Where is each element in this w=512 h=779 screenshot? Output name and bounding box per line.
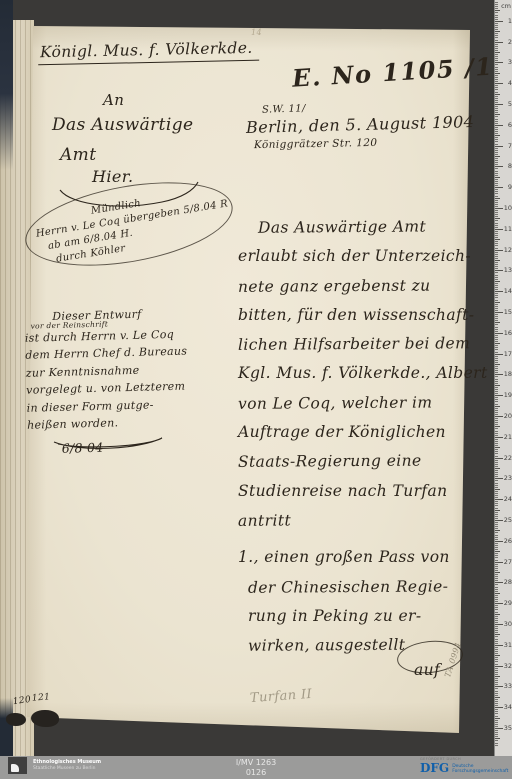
- ruler-tick: [495, 664, 498, 665]
- ruler-tick: [495, 210, 498, 211]
- ruler-tick: [495, 198, 500, 199]
- ruler-tick: [495, 277, 498, 278]
- ruler-tick: [495, 119, 498, 120]
- ruler-tick: [495, 520, 503, 521]
- ruler-tick: [495, 279, 498, 280]
- ruler-tick: [495, 680, 498, 681]
- ruler-number: 7: [508, 142, 512, 150]
- book-binding-top: [0, 0, 13, 170]
- ruler-number: 8: [508, 162, 512, 170]
- ruler-tick: [495, 522, 498, 523]
- ruler-tick: [495, 69, 498, 70]
- ruler-tick: [495, 580, 498, 581]
- ruler-tick: [495, 524, 498, 525]
- ruler-tick: [495, 449, 498, 450]
- ruler-tick: [495, 60, 498, 61]
- ruler-tick: [495, 212, 498, 213]
- ruler-tick: [495, 318, 498, 319]
- ruler-tick: [495, 645, 503, 646]
- ruler-tick: [495, 314, 498, 315]
- ruler-tick: [495, 587, 498, 588]
- ruler-number: 28: [504, 578, 512, 586]
- inventory-block: I/MV 1263 0126: [236, 758, 276, 778]
- museum-logo: [8, 757, 27, 774]
- ruler-tick: [495, 426, 500, 427]
- body-line: Studienreise nach Turfan: [238, 477, 478, 506]
- ruler-tick: [495, 564, 498, 565]
- ruler-tick: [495, 266, 498, 267]
- ruler-tick: [495, 154, 498, 155]
- ruler-tick: [495, 245, 498, 246]
- ruler-tick: [495, 104, 503, 105]
- museum-name-line2: Staatliche Museen zu Berlin: [33, 766, 101, 773]
- ruler-tick: [495, 218, 500, 219]
- ruler-tick: [495, 428, 498, 429]
- ruler-tick: [495, 233, 498, 234]
- ruler-tick: [495, 487, 498, 488]
- ruler-tick: [495, 160, 498, 161]
- ruler-tick: [495, 383, 498, 384]
- ruler-tick: [495, 399, 498, 400]
- ruler-tick: [495, 420, 498, 421]
- pencil-folio-number: 14: [251, 29, 262, 38]
- ruler-number: 10: [504, 204, 512, 212]
- ruler-tick: [495, 682, 498, 683]
- ruler-tick: [495, 77, 498, 78]
- ruler-number: 6: [508, 121, 512, 129]
- body-line: erlaubt sich der Unterzeich-: [238, 242, 478, 271]
- ruler-tick: [495, 64, 498, 65]
- ruler-tick: [495, 570, 498, 571]
- ruler-number: 9: [508, 183, 512, 191]
- ruler-tick: [495, 216, 498, 217]
- ruler-tick: [495, 435, 498, 436]
- ruler-tick: [495, 87, 498, 88]
- ruler-tick: [495, 628, 498, 629]
- ruler-tick: [495, 597, 498, 598]
- ruler-tick: [495, 129, 498, 130]
- ruler-tick: [495, 431, 498, 432]
- ruler-tick: [495, 4, 498, 5]
- ruler-tick: [495, 416, 503, 417]
- ruler-tick: [495, 566, 498, 567]
- ruler-tick: [495, 345, 498, 346]
- ruler-tick: [495, 177, 500, 178]
- ruler-number: 14: [504, 287, 512, 295]
- ruler-tick: [495, 476, 498, 477]
- ruler-tick: [495, 672, 498, 673]
- ruler-tick: [495, 474, 498, 475]
- ruler-tick: [495, 553, 498, 554]
- ruler-tick: [495, 535, 498, 536]
- ruler-tick: [495, 17, 498, 18]
- ruler-tick: [495, 560, 498, 561]
- ruler-tick: [495, 655, 500, 656]
- book-binding-bottom: [0, 698, 13, 756]
- ruler-tick: [495, 659, 498, 660]
- ruler-tick: [495, 676, 500, 677]
- ruler-tick: [495, 493, 498, 494]
- ruler-tick: [495, 193, 498, 194]
- ruler-tick: [495, 376, 498, 377]
- ruler-tick: [495, 547, 498, 548]
- ruler-tick: [495, 701, 498, 702]
- ruler-tick: [495, 162, 498, 163]
- ruler-tick: [495, 225, 498, 226]
- ruler-tick: [495, 603, 503, 604]
- ruler-tick: [495, 223, 498, 224]
- ruler-tick: [495, 56, 498, 57]
- ruler-tick: [495, 42, 503, 43]
- ruler-tick: [495, 19, 498, 20]
- ruler-tick: [495, 204, 498, 205]
- ruler-tick: [495, 643, 498, 644]
- ruler-tick: [495, 636, 498, 637]
- ruler-tick: [495, 362, 498, 363]
- ruler-number: 3: [508, 58, 512, 66]
- ruler-tick: [495, 505, 498, 506]
- ruler-tick: [495, 196, 498, 197]
- ruler-tick: [495, 622, 498, 623]
- ruler-tick: [495, 526, 498, 527]
- ruler-tick: [495, 310, 498, 311]
- ruler-tick: [495, 653, 498, 654]
- ruler-tick: [495, 144, 498, 145]
- ruler-tick: [495, 287, 498, 288]
- ruler-tick: [495, 23, 498, 24]
- ruler-number: 16: [504, 329, 512, 337]
- ruler-tick: [495, 33, 498, 34]
- ruler-tick: [495, 71, 498, 72]
- ruler-number: 22: [504, 454, 512, 462]
- ruler-unit-label: cm: [501, 2, 511, 10]
- ruler-tick: [495, 657, 498, 658]
- ruler-tick: [495, 387, 498, 388]
- postal-district: S.W. 11/: [262, 103, 306, 116]
- ruler-tick: [495, 697, 500, 698]
- ruler-tick: [495, 422, 498, 423]
- ruler-number: 32: [504, 662, 512, 670]
- body-line: Staats-Regierung eine: [238, 447, 478, 478]
- ruler-tick: [495, 110, 498, 111]
- ruler-tick: [495, 46, 498, 47]
- ruler-tick: [495, 237, 498, 238]
- ruler-tick: [495, 6, 498, 7]
- ruler-tick: [495, 397, 498, 398]
- ruler-tick: [495, 297, 498, 298]
- ruler-tick: [495, 666, 503, 667]
- ruler-tick: [495, 724, 498, 725]
- ruler-tick: [495, 283, 498, 284]
- ruler-tick: [495, 512, 498, 513]
- folio-number-right: 121: [32, 693, 51, 704]
- ruler-tick: [495, 324, 498, 325]
- ruler-number: 21: [504, 433, 512, 441]
- ruler-tick: [495, 537, 498, 538]
- ruler-tick: [495, 25, 498, 26]
- ruler-tick: [495, 189, 498, 190]
- ruler-tick: [495, 2, 498, 3]
- ruler-tick: [495, 229, 503, 230]
- ruler-tick: [495, 738, 500, 739]
- ruler-tick: [495, 626, 498, 627]
- ruler-tick: [495, 528, 498, 529]
- ruler-tick: [495, 52, 500, 53]
- ruler-tick: [495, 92, 498, 93]
- ruler-tick: [495, 485, 498, 486]
- ruler-tick: [495, 141, 498, 142]
- ruler-tick: [495, 593, 500, 594]
- ruler-tick: [495, 135, 500, 136]
- ruler-tick: [495, 630, 498, 631]
- body-line: bitten, für den wissenschaft-: [238, 301, 478, 330]
- ruler-tick: [495, 601, 498, 602]
- ruler-number: 26: [504, 537, 512, 545]
- ruler-number: 25: [504, 516, 512, 524]
- ruler-tick: [495, 293, 498, 294]
- ruler-tick: [495, 745, 498, 746]
- ruler-tick: [495, 29, 498, 30]
- ruler-number: 1: [508, 17, 512, 25]
- ruler-tick: [495, 50, 498, 51]
- ruler-tick: [495, 10, 500, 11]
- ruler-number: 15: [504, 308, 512, 316]
- ruler-tick: [495, 433, 498, 434]
- ruler-tick: [495, 609, 498, 610]
- ruler-tick: [495, 734, 498, 735]
- letter-body: Das Auswärtige Amterlaubt sich der Unter…: [238, 213, 478, 686]
- ruler-tick: [495, 472, 498, 473]
- ruler-tick: [495, 137, 498, 138]
- ruler-tick: [495, 491, 498, 492]
- museum-name-line1: Ethnologisches Museum: [33, 759, 101, 766]
- ruler-tick: [495, 728, 503, 729]
- ruler-tick: [495, 576, 498, 577]
- ruler-tick: [495, 173, 498, 174]
- ruler-tick: [495, 106, 498, 107]
- ruler-number: 12: [504, 246, 512, 254]
- ruler-tick: [495, 497, 498, 498]
- ruler-tick: [495, 40, 498, 41]
- ruler-tick: [495, 206, 498, 207]
- body-line: lichen Hilfsarbeiter bei dem: [238, 329, 478, 360]
- ruler-tick: [495, 584, 498, 585]
- body-line: 1., einen großen Pass von: [238, 543, 478, 572]
- ruler-tick: [495, 624, 503, 625]
- ruler-tick: [495, 316, 498, 317]
- ruler-tick: [495, 356, 498, 357]
- ruler-tick: [495, 466, 498, 467]
- ruler-tick: [495, 181, 498, 182]
- ruler-tick: [495, 711, 498, 712]
- ruler-tick: [495, 264, 498, 265]
- ruler-tick: [495, 58, 498, 59]
- ruler-tick: [495, 478, 503, 479]
- ruler-tick: [495, 445, 498, 446]
- ruler-tick: [495, 96, 498, 97]
- body-line: antritt: [238, 505, 478, 536]
- ruler-tick: [495, 227, 498, 228]
- ruler-tick: [495, 480, 498, 481]
- ruler-tick: [495, 347, 498, 348]
- ruler-tick: [495, 736, 498, 737]
- ruler-tick: [495, 98, 498, 99]
- ruler-tick: [495, 406, 500, 407]
- ruler-tick: [495, 331, 498, 332]
- ruler-tick: [495, 15, 498, 16]
- ruler-tick: [495, 530, 500, 531]
- ruler-tick: [495, 743, 498, 744]
- ruler-number: 11: [504, 225, 512, 233]
- ruler-tick: [495, 391, 498, 392]
- ruler-tick: [495, 470, 498, 471]
- ruler-tick: [495, 358, 498, 359]
- ruler-tick: [495, 691, 498, 692]
- ruler-tick: [495, 618, 498, 619]
- ruler-tick: [495, 268, 498, 269]
- ruler-tick: [495, 379, 498, 380]
- ruler-tick: [495, 634, 500, 635]
- ruler-tick: [495, 81, 498, 82]
- ruler-number: 35: [504, 724, 512, 732]
- ruler-tick: [495, 133, 498, 134]
- binding-clip: [6, 713, 26, 726]
- ruler-tick: [495, 418, 498, 419]
- ruler-tick: [495, 503, 498, 504]
- ruler-tick: [495, 231, 498, 232]
- ruler-tick: [495, 408, 498, 409]
- ruler-tick: [495, 12, 498, 13]
- ruler-tick: [495, 508, 498, 509]
- ruler-tick: [495, 335, 498, 336]
- ruler-tick: [495, 483, 498, 484]
- ruler-tick: [495, 275, 498, 276]
- image-number: 0126: [236, 768, 276, 778]
- ruler-tick: [495, 651, 498, 652]
- ruler-tick: [495, 89, 498, 90]
- ruler-tick: [495, 607, 498, 608]
- ruler-tick: [495, 678, 498, 679]
- ruler-tick: [495, 8, 498, 9]
- ruler-tick: [495, 705, 498, 706]
- ruler-tick: [495, 220, 498, 221]
- ruler-number: 4: [508, 79, 512, 87]
- ruler-tick: [495, 730, 498, 731]
- ruler-tick: [495, 250, 503, 251]
- ruler-tick: [495, 248, 498, 249]
- ruler-tick: [495, 364, 500, 365]
- ruler-tick: [495, 732, 498, 733]
- ruler-tick: [495, 202, 498, 203]
- ruler-number: 29: [504, 599, 512, 607]
- ruler-tick: [495, 302, 500, 303]
- ruler-tick: [495, 121, 498, 122]
- ruler-number: 17: [504, 350, 512, 358]
- ruler-tick: [495, 686, 503, 687]
- ruler-tick: [495, 139, 498, 140]
- ruler-number: 18: [504, 370, 512, 378]
- ruler-tick: [495, 243, 498, 244]
- ruler-number: 13: [504, 266, 512, 274]
- ruler-tick: [495, 589, 498, 590]
- ruler-tick: [495, 562, 503, 563]
- ruler-tick: [495, 393, 498, 394]
- ruler-number: 30: [504, 620, 512, 628]
- ruler-tick: [495, 568, 498, 569]
- flourish-underline-draft: [48, 432, 168, 454]
- ruler-tick: [495, 518, 498, 519]
- ruler-tick: [495, 108, 498, 109]
- ruler-tick: [495, 116, 498, 117]
- ruler-tick: [495, 641, 498, 642]
- ruler-tick: [495, 258, 498, 259]
- address-line: Königgrätzer Str. 120: [254, 138, 378, 152]
- ruler-tick: [495, 341, 498, 342]
- ruler-tick: [495, 709, 498, 710]
- ruler-tick: [495, 329, 498, 330]
- ruler-tick: [495, 639, 498, 640]
- ruler-tick: [495, 281, 500, 282]
- museum-name: Ethnologisches Museum Staatliche Museen …: [33, 759, 101, 772]
- ruler-tick: [495, 460, 498, 461]
- ruler-tick: [495, 35, 498, 36]
- ruler-tick: [495, 360, 498, 361]
- ruler-tick: [495, 208, 503, 209]
- ruler-tick: [495, 102, 498, 103]
- ruler-tick: [495, 510, 500, 511]
- recipient-name-2: Amt: [60, 146, 96, 165]
- ruler-tick: [495, 414, 498, 415]
- ruler-tick: [495, 239, 500, 240]
- ruler-tick: [495, 632, 498, 633]
- ruler-tick: [495, 620, 498, 621]
- ruler-tick: [495, 740, 498, 741]
- ruler-tick: [495, 79, 498, 80]
- ruler-tick: [495, 532, 498, 533]
- ruler-tick: [495, 306, 498, 307]
- ruler-tick: [495, 270, 503, 271]
- ruler-tick: [495, 404, 498, 405]
- ruler-tick: [495, 684, 498, 685]
- ruler-tick: [495, 578, 498, 579]
- ruler-tick: [495, 322, 500, 323]
- ruler-tick: [495, 372, 498, 373]
- ruler-tick: [495, 595, 498, 596]
- body-line: der Chinesischen Regie-: [238, 572, 478, 603]
- ruler-tick: [495, 462, 498, 463]
- ruler-tick: [495, 158, 498, 159]
- ruler-tick: [495, 720, 498, 721]
- recipient-name: Das Auswärtige: [52, 116, 193, 135]
- ruler-tick: [495, 171, 498, 172]
- inventory-id: I/MV 1263: [236, 758, 276, 768]
- ruler-tick: [495, 670, 498, 671]
- ruler-tick: [495, 127, 498, 128]
- ruler-tick: [495, 289, 498, 290]
- ruler-tick: [495, 401, 498, 402]
- ruler-tick: [495, 726, 498, 727]
- ruler-tick: [495, 647, 498, 648]
- ruler-tick: [495, 489, 500, 490]
- ruler-tick: [495, 320, 498, 321]
- ruler-tick: [495, 549, 498, 550]
- ruler-number: 34: [504, 703, 512, 711]
- ruler-number: 31: [504, 641, 512, 649]
- ruler-tick: [495, 168, 498, 169]
- ruler-tick: [495, 235, 498, 236]
- ruler-tick: [495, 395, 503, 396]
- ruler-tick: [495, 85, 498, 86]
